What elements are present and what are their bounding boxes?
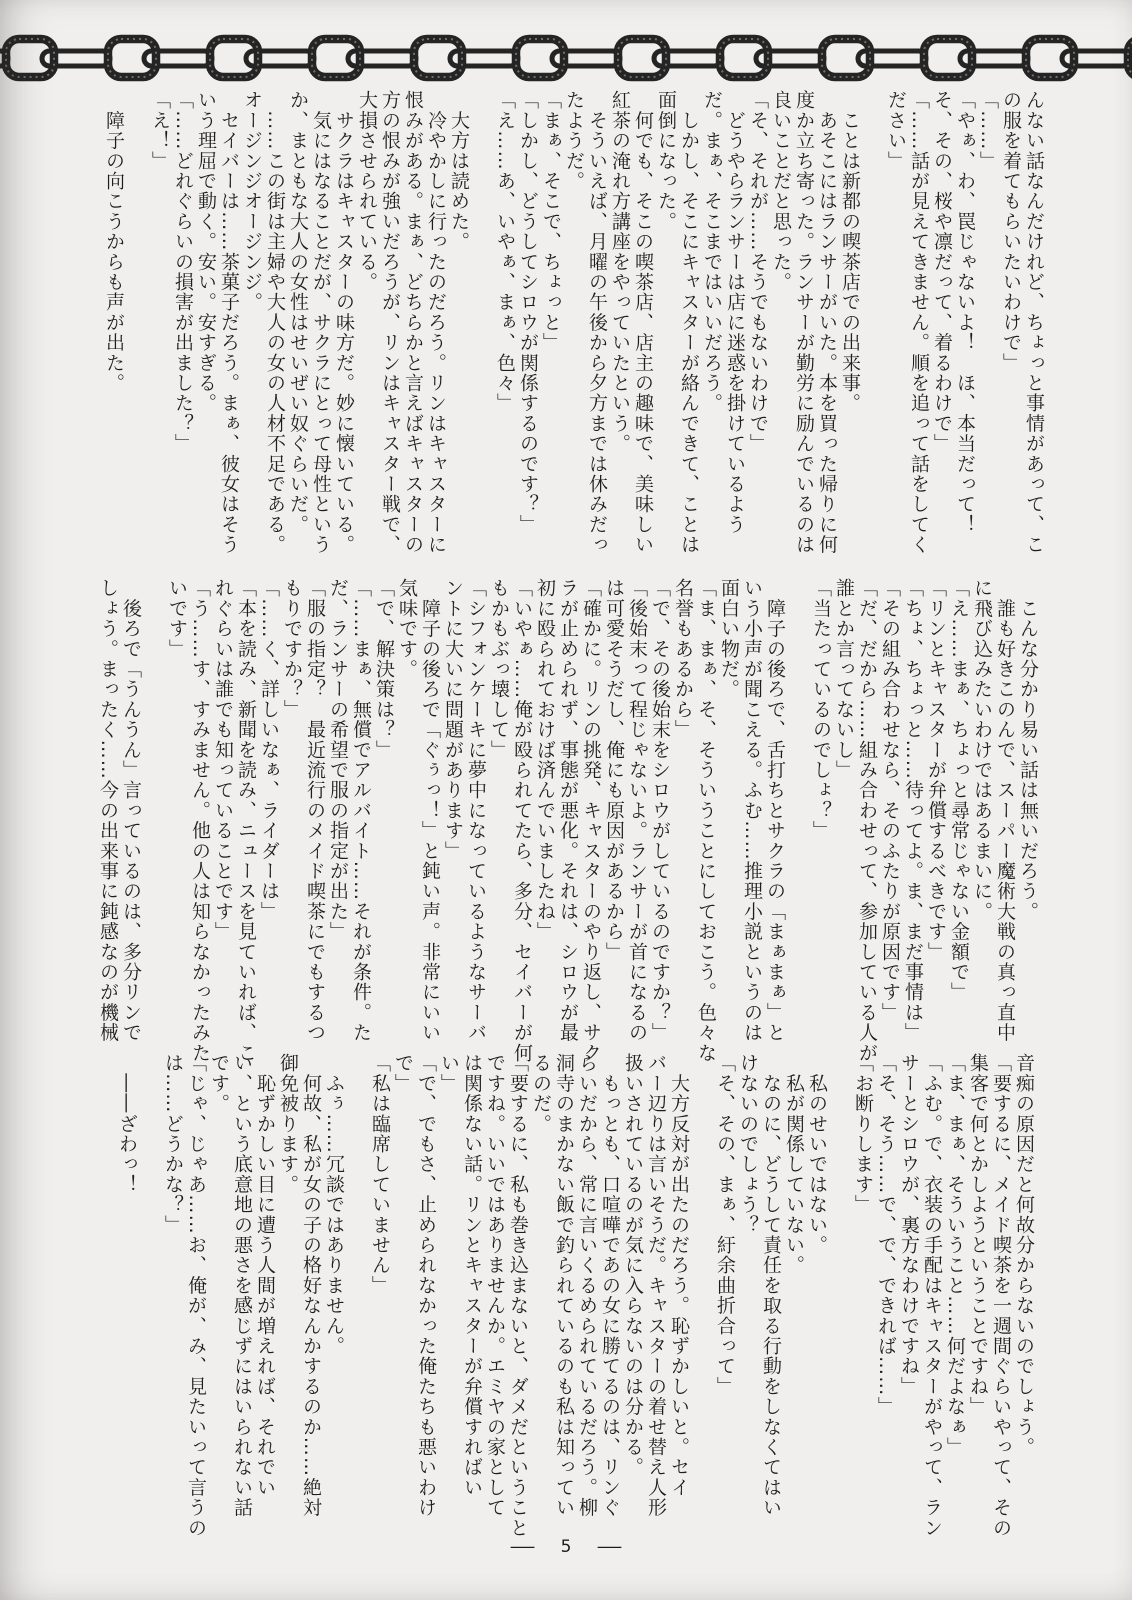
text-block-2: こんな分かり易い話は無いだろう。 誰も好きこのんで、スーパー魔術大戦の真っ直中に…	[96, 578, 1039, 1063]
text-column: ふぅ……冗談ではありません。	[322, 1053, 345, 1538]
page-number: ― 5 ―	[0, 1537, 1132, 1557]
text-column: いです」	[165, 578, 188, 1063]
text-column: 大損させられている。	[355, 90, 378, 555]
text-column: オージンジオージンジ。	[240, 90, 263, 555]
text-column: ことは新都の喫茶店での出来事。	[838, 90, 861, 555]
text-column: サクラはキャスターの味方だ。妙に懐いている。	[332, 90, 355, 555]
text-column: 誰も好きこのんで、スーパー魔術大戦の真っ直中	[993, 578, 1016, 1063]
text-column: 恨みがある。まぁ、どちらかと言えばキャスターの	[401, 90, 424, 555]
text-column: 「だ、だから……組み合わせって、参加している人が	[855, 578, 878, 1063]
text-column: 「お断りします」	[851, 1053, 874, 1538]
text-column: 「当たっているのでしょ？」	[809, 578, 832, 1063]
text-column: か、まともな大人の女性はせいぜい奴ぐらいだ。	[286, 90, 309, 555]
text-column: 名誉もあるから」	[671, 578, 694, 1063]
text-column: ラが止められず、事態が悪化。それは、シロウが最	[556, 578, 579, 1063]
text-column: 「で、解決策は？」	[372, 578, 395, 1063]
text-column: るのだ。	[529, 1053, 552, 1538]
scanned-page: んない話なんだけれど、ちょっと事情があって、この服を着てもらいたいわけで」「………	[0, 0, 1132, 1600]
text-column: れぐらいは誰でも知っていることです」	[211, 578, 234, 1063]
text-column: 私が関係していない。	[782, 1053, 805, 1538]
text-column	[138, 1053, 161, 1538]
text-column: 初に殴られておけば済んでいましたね」	[533, 578, 556, 1063]
text-column: 「リンとキャスターが弁償するべきです」	[924, 578, 947, 1063]
text-column: 何でも、そこの喫茶店、店主の趣味で、美味しい	[631, 90, 654, 555]
text-column: 度か立ち寄った。ランサーが勤労に励んでいるのは	[792, 90, 815, 555]
text-column: 集客で何とかしようということですね」	[966, 1053, 989, 1538]
text-column: 「……どれぐらいの損害が出ました？」	[171, 90, 194, 555]
text-column: 恥ずかしい目に遭う人間が増えれば、それでい	[253, 1053, 276, 1538]
text-column: 「本を読み、新聞を読み、ニュースを見ていれば、こ	[234, 578, 257, 1063]
text-column: そういえば、月曜の午後から夕方までは休みだっ	[585, 90, 608, 555]
text-column: 「……まぁ、無償でアルバイト……それが条件。た	[349, 578, 372, 1063]
text-column: 「え！」	[148, 90, 171, 555]
text-column: なのに、どうして責任を取る行動をしなくてはい	[759, 1053, 782, 1538]
text-column: 「え……まぁ、ちょっと尋常じゃない金額で」	[947, 578, 970, 1063]
text-column: 「ちょ、ちょっと……待ってよ。ま、まだ事情は」	[901, 578, 924, 1063]
text-column: 「確かに。リンの挑発、キャスターのやり返し、サク	[579, 578, 602, 1063]
text-column: こんな分かり易い話は無いだろう。	[1016, 578, 1039, 1063]
text-column: そ、その、桜や凛だって、着るわけで」	[930, 90, 953, 555]
text-column	[861, 90, 884, 555]
text-column: 「要するに、メイド喫茶を一週間ぐらいやって、その	[989, 1053, 1012, 1538]
text-column: 「で、その後始末をシロウがしているのですか？」	[648, 578, 671, 1063]
text-column: 面倒になった。	[654, 90, 677, 555]
text-column: もかもぶっ壊して」	[487, 578, 510, 1063]
text-column: 何故、私が女の子の格好なんかするのか……絶対	[299, 1053, 322, 1538]
text-column	[470, 90, 493, 555]
text-column: 音痴の原因だと何故分からないのでしょう。	[1012, 1053, 1035, 1538]
text-column: しょう。まったく……今の出来事に鈍感なのが機械	[96, 578, 119, 1063]
text-column: もっとも、口喧嘩であの女に勝てるのは、リンぐ	[598, 1053, 621, 1538]
text-column: 「……」	[976, 90, 999, 555]
text-column: 後ろで「うんうん」言っているのは、多分リンで	[119, 578, 142, 1063]
text-block-3: 音痴の原因だと何故分からないのでしょう。「要するに、メイド喫茶を一週間ぐらいやっ…	[115, 1053, 1035, 1538]
text-column: 冷やかしに行ったのだろう。リンはキャスターに	[424, 90, 447, 555]
page-number-dash-left: ―	[510, 1537, 534, 1557]
text-column: い」	[437, 1053, 460, 1538]
text-column: 「後始末って程じゃないよ。ランサーが首になるの	[625, 578, 648, 1063]
text-column: どうやらランサーは店に迷惑を掛けているよう	[723, 90, 746, 555]
text-column: もりですか？」	[280, 578, 303, 1063]
text-column: は関係ない話。リンとキャスターが弁償すればい	[460, 1053, 483, 1538]
text-column: 大方反対が出たのだろう。恥ずかしいと。セイ	[667, 1053, 690, 1538]
text-column: 「で、でもさ、止められなかった俺たちも悪いわけ	[414, 1053, 437, 1538]
text-column: 面白い物だ。	[717, 578, 740, 1063]
text-column: 「……く、詳しいなぁ、ライダーは」	[257, 578, 280, 1063]
text-column: 洞寺のまかない飯で釣られているのも私は知ってい	[552, 1053, 575, 1538]
text-column: 扱いされているのが気に入らないのは分かる。	[621, 1053, 644, 1538]
text-column: です。	[207, 1053, 230, 1538]
text-column: 気にはなることだが、サクラにとって母性という	[309, 90, 332, 555]
text-column: 「しかし、どうしてシロウが関係するのです？」	[516, 90, 539, 555]
text-column: 「私は臨席していません」	[368, 1053, 391, 1538]
text-column: けないのでしょう？	[736, 1053, 759, 1538]
text-column: 「……話が見えてきません。順を追って話をしてく	[907, 90, 930, 555]
text-column: 紅茶の淹れ方講座をやっていたという。	[608, 90, 631, 555]
text-column: 「ふむ。で、衣装の手配はキャスターがやって、ラン	[920, 1053, 943, 1538]
text-column: は可愛そうだし、俺にも原因があるから」	[602, 578, 625, 1063]
text-column	[786, 578, 809, 1063]
text-column: 誰とか言ってないし」	[832, 578, 855, 1063]
text-column: しかし、そこにキャスターが絡んできて、ことは	[677, 90, 700, 555]
page-number-dash-right: ―	[598, 1537, 622, 1557]
text-column: 「え……あ、いやぁ、まぁ、色々」	[493, 90, 516, 555]
text-column	[690, 1053, 713, 1538]
text-column: いう小声が聞こえる。ふむ……推理小説というのは	[740, 578, 763, 1063]
text-column: たようだ。	[562, 90, 585, 555]
text-column: らいだから、常に言いくるめられているだろう。柳	[575, 1053, 598, 1538]
text-column: あそこにはランサーがいた。本を買った帰りに何	[815, 90, 838, 555]
text-column: 「服の指定？ 最近流行のメイド喫茶にでもするつ	[303, 578, 326, 1063]
text-column: 「要するに、私も巻き込まないと、ダメだということ	[506, 1053, 529, 1538]
text-column: 「そ、その、まぁ、紆余曲折合って」	[713, 1053, 736, 1538]
text-column: ――ざわっ！	[115, 1053, 138, 1538]
text-column: 「そ、そう……で、で、できれば……」	[874, 1053, 897, 1538]
text-column: 「じゃ、じゃあ……お、俺が、み、見たいって言うの	[184, 1053, 207, 1538]
text-column: ですね。いいではありませんか。エミヤの家として	[483, 1053, 506, 1538]
text-column: に飛び込みたいわけではあるまいに。	[970, 578, 993, 1063]
text-column: 障子の後ろで「ぐぅっ！」と鈍い声。非常にいい	[418, 578, 441, 1063]
text-column	[142, 578, 165, 1063]
text-column: 大方は読めた。	[447, 90, 470, 555]
text-column: 「その組み合わせなら、そのふたりが原因です」	[878, 578, 901, 1063]
text-column: 「いやぁ……俺が殴られてたら、多分、セイバーが何	[510, 578, 533, 1063]
text-column: 「ま、まぁ、そういうこと……何だよなぁ」	[943, 1053, 966, 1538]
text-column: 私のせいではない。	[805, 1053, 828, 1538]
text-column: い、という底意地の悪さを感じずにはいられない話	[230, 1053, 253, 1538]
text-column: だ、ランサーの希望で服の指定が出た」	[326, 578, 349, 1063]
text-column: 気味です。	[395, 578, 418, 1063]
text-column: 「そ、それが……そうでもないわけで」	[746, 90, 769, 555]
chain-links-icon	[0, 34, 1132, 84]
text-column: ださい」	[884, 90, 907, 555]
text-column: だ。まぁ、そこまではいいだろう。	[700, 90, 723, 555]
text-column: 障子の向こうからも声が出た。	[102, 90, 125, 555]
text-column: 「まぁ、そこで、ちょっと」	[539, 90, 562, 555]
text-column: 「シフォンケーキに夢中になっているようなサーバ	[464, 578, 487, 1063]
text-column: 「ま、まぁ、そ、そういうことにしておこう。色々な	[694, 578, 717, 1063]
text-column: で」	[391, 1053, 414, 1538]
text-column: んない話なんだけれど、ちょっと事情があって、こ	[1022, 90, 1045, 555]
text-column: ……この街は主婦や大人の女の人材不足である。	[263, 90, 286, 555]
page-number-value: 5	[561, 1537, 572, 1557]
text-block-1: んない話なんだけれど、ちょっと事情があって、この服を着てもらいたいわけで」「………	[102, 90, 1045, 555]
text-column: ントに大いに問題があります」	[441, 578, 464, 1063]
text-column: 障子の後ろで、舌打ちとサクラの「まぁまぁ」と	[763, 578, 786, 1063]
text-column: 「う……す、すみません。他の人は知らなかったみた	[188, 578, 211, 1063]
text-column	[125, 90, 148, 555]
text-column: セイバーは……茶菓子だろう。まぁ、彼女はそう	[217, 90, 240, 555]
text-column: 良いことだと思った。	[769, 90, 792, 555]
text-column: 御免被ります。	[276, 1053, 299, 1538]
text-column: バー辺りは言いそうだ。キャスターの着せ替え人形	[644, 1053, 667, 1538]
text-column	[828, 1053, 851, 1538]
text-column: の服を着てもらいたいわけで」	[999, 90, 1022, 555]
text-column: 方の恨みが強いだろうが、リンはキャスター戦で、	[378, 90, 401, 555]
text-column: 「やぁ、わ、罠じゃないよ！ ほ、本当だって！	[953, 90, 976, 555]
text-column: は……どうかな？」	[161, 1053, 184, 1538]
text-column: いう理屈で動く。安い。安すぎる。	[194, 90, 217, 555]
text-column: サーとシロウが、裏方なわけですね」	[897, 1053, 920, 1538]
text-column	[345, 1053, 368, 1538]
